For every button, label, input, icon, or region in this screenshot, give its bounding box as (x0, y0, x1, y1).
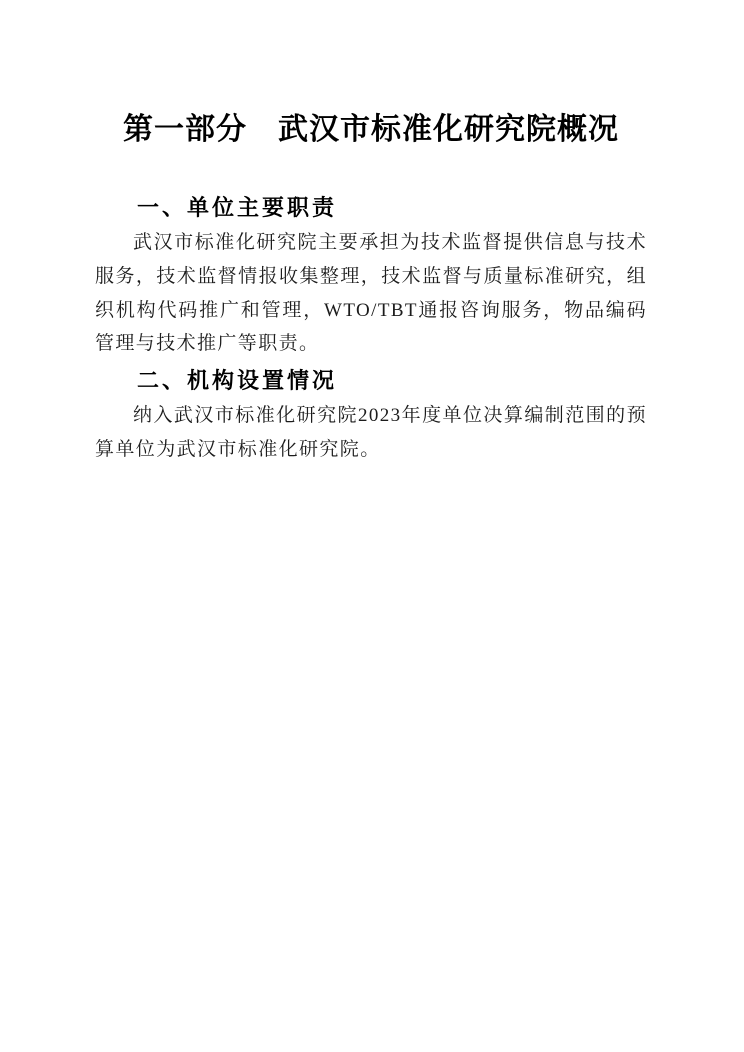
section-2-body: 纳入武汉市标准化研究院2023年度单位决算编制范围的预算单位为武汉市标准化研究院… (95, 399, 647, 467)
document-page: 第一部分 武汉市标准化研究院概况 一、单位主要职责 武汉市标准化研究院主要承担为… (0, 0, 744, 1052)
document-title: 第一部分 武汉市标准化研究院概况 (95, 110, 647, 150)
section-org-setup: 二、机构设置情况 纳入武汉市标准化研究院2023年度单位决算编制范围的预算单位为… (95, 369, 647, 467)
section-2-heading: 二、机构设置情况 (95, 369, 647, 395)
section-1-body: 武汉市标准化研究院主要承担为技术监督提供信息与技术服务，技术监督情报收集整理，技… (95, 226, 647, 361)
section-unit-duties: 一、单位主要职责 武汉市标准化研究院主要承担为技术监督提供信息与技术服务，技术监… (95, 196, 647, 361)
section-1-heading: 一、单位主要职责 (95, 196, 647, 222)
